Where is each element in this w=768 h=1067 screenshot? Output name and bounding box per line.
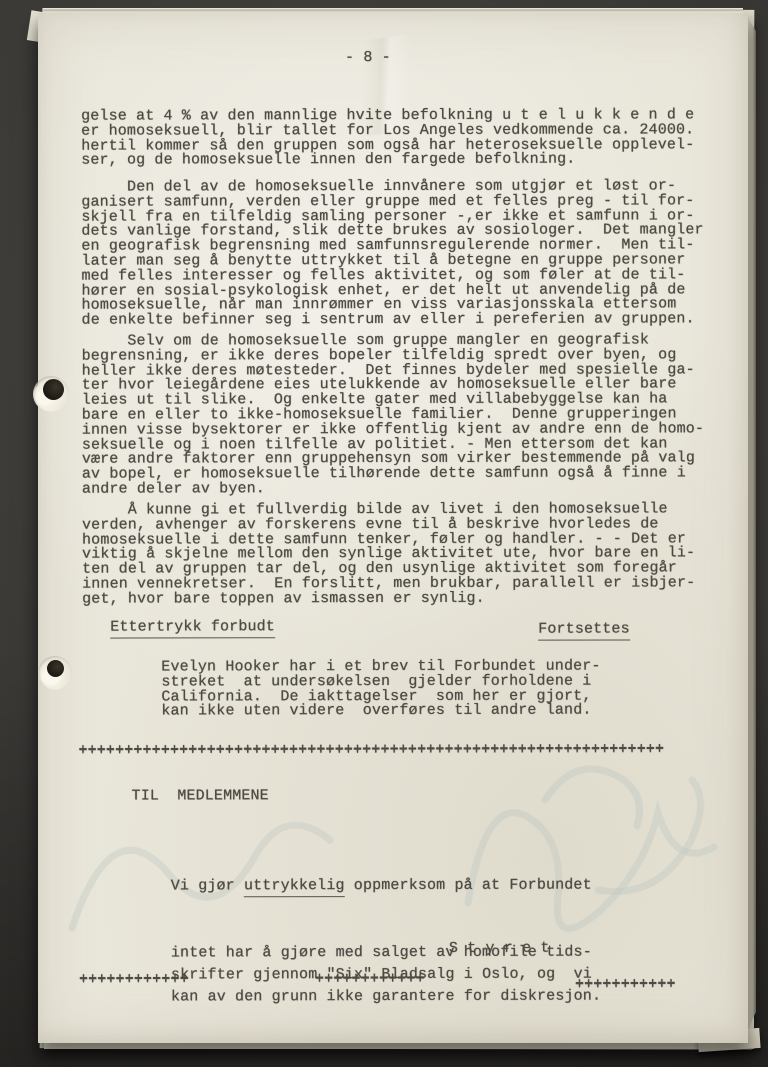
separator-bottom-right: +++++++++++ ÷÷÷÷÷÷÷÷÷÷÷ bbox=[575, 978, 685, 994]
separator-bl-dots-layer: ÷÷÷÷÷÷÷÷÷÷÷÷ bbox=[79, 972, 189, 987]
continued-text: Fortsettes bbox=[538, 620, 630, 640]
separator-bottom-left: ++++++++++++ ÷÷÷÷÷÷÷÷÷÷÷÷ bbox=[79, 973, 199, 989]
paragraph-continuation: gelse at 4 % av den mannlige hvite befol… bbox=[81, 108, 694, 168]
paragraph-2: Den del av de homoseksuelle innvånere so… bbox=[81, 179, 704, 328]
separator-top-dots-layer: ÷÷÷÷÷÷÷÷÷÷÷÷÷÷÷÷÷÷÷÷÷÷÷÷÷÷÷÷÷÷÷÷÷÷÷÷÷÷÷÷… bbox=[78, 742, 664, 758]
separator-bottom-middle: ++++++++++++ ÷÷÷÷÷÷÷÷÷÷÷÷ bbox=[315, 973, 435, 989]
notice-underlined-word: uttrykkelig bbox=[244, 877, 345, 897]
paragraph-3: Selv om de homoseksuelle som gruppe mang… bbox=[82, 333, 705, 497]
notice-prefix: Vi gjør bbox=[171, 878, 244, 895]
hooker-note: Evelyn Hooker har i et brev til Forbunde… bbox=[161, 660, 600, 720]
paragraph-4: Å kunne gi et fullverdig bilde av livet … bbox=[82, 502, 695, 607]
typewritten-content: - 8 - gelse at 4 % av den mannlige hvite… bbox=[0, 0, 768, 1067]
separator-top: ++++++++++++++++++++++++++++++++++++++++… bbox=[78, 743, 678, 760]
reprint-forbidden-text: Ettertrykk forbudt bbox=[110, 618, 275, 638]
page-number: - 8 - bbox=[345, 51, 391, 66]
section-heading-til-medlemmene: TIL MEDLEMMENE bbox=[132, 789, 269, 804]
reprint-forbidden-label: Ettertrykk forbudt bbox=[110, 620, 275, 635]
scanned-document-page: - 8 - gelse at 4 % av den mannlige hvite… bbox=[0, 0, 768, 1067]
separator-bm-dots-layer: ÷÷÷÷÷÷÷÷÷÷÷÷ bbox=[315, 972, 425, 987]
separator-br-dots-layer: ÷÷÷÷÷÷÷÷÷÷÷ bbox=[575, 977, 676, 992]
signature-styret: S t y r e t bbox=[449, 942, 550, 957]
continued-label: Fortsettes bbox=[538, 622, 630, 637]
member-notice-line1: Vi gjør uttrykkelig oppmerksom på at For… bbox=[171, 875, 601, 898]
notice-suffix: oppmerksom på at Forbundet bbox=[345, 877, 592, 895]
